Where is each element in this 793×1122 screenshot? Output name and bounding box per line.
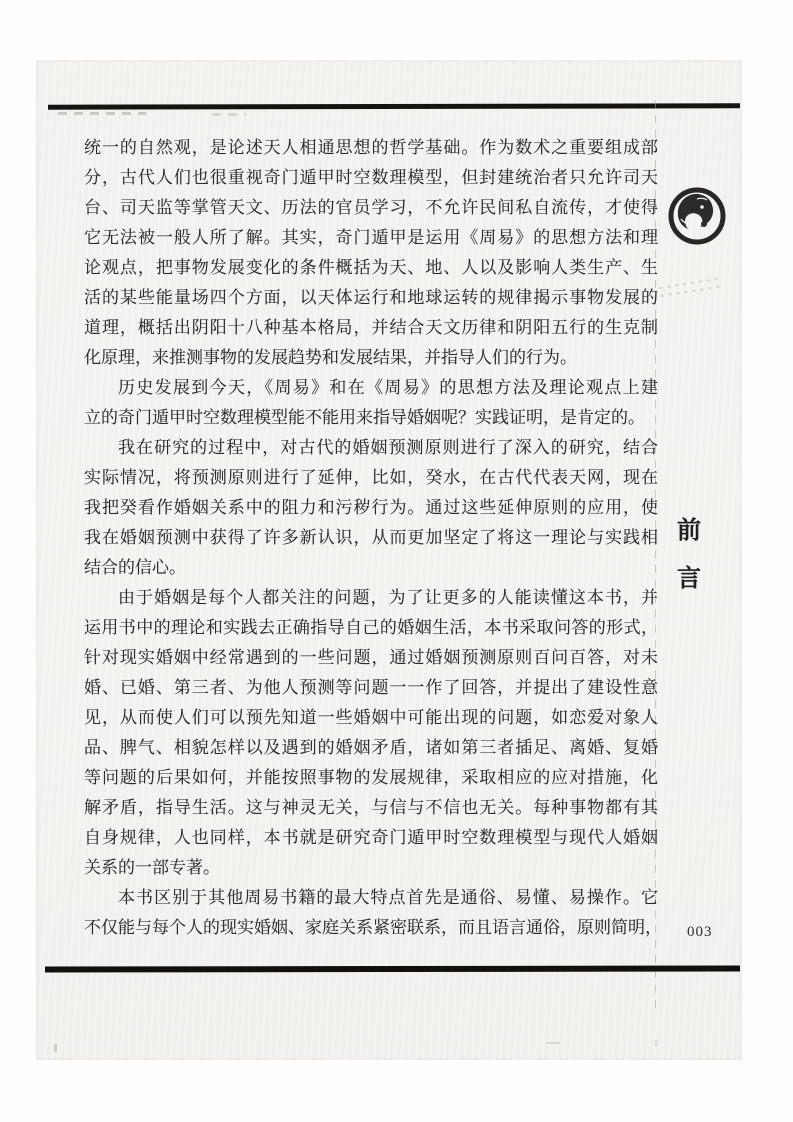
scanned-book-spread: 统一的自然观，是论述天人相通思想的哲学基础。作为数术之重要组成部分，古代人们也很… (0, 0, 793, 1122)
text-line: 我在研究的过程中，对古代的婚姻预测原则进行了深入的研究，结合 (84, 433, 658, 463)
scan-smudge (58, 112, 146, 115)
text-line: 化原理，来推测事物的发展趋势和发展结果，并指导人们的行为。 (84, 343, 658, 373)
text-line: 解矛盾，指导生活。这与神灵无关，与信与不信也无关。每种事物都有其 (84, 793, 658, 823)
text-line: 分，古代人们也很重视奇门遁甲时空数理模型，但封建统治者只允许司天 (84, 163, 658, 193)
text-line: 运用书中的理论和实践去正确指导自己的婚姻生活，本书采取问答的形式， (84, 613, 658, 643)
text-line: 见，从而使人们可以预先知道一些婚姻中可能出现的问题，如恋爱对象人 (84, 703, 658, 733)
publisher-seal-icon (667, 186, 727, 246)
text-line: 论观点，把事物发展变化的条件概括为天、地、人以及影响人类生产、生 (84, 253, 658, 283)
chapter-label-char: 前 (677, 519, 701, 543)
chapter-margin-label: 前 言 (674, 519, 704, 591)
text-line: 关系的一部专著。 (84, 853, 658, 883)
page-number: 003 (687, 924, 713, 941)
text-line: 立的奇门遁甲时空数理模型能不能用来指导婚姻呢？实践证明，是肯定的。 (84, 403, 658, 433)
chapter-label-char: 言 (677, 567, 701, 591)
text-line: 针对现实婚姻中经常遇到的一些问题，通过婚姻预测原则百问百答，对未 (84, 643, 658, 673)
text-line: 本书区别于其他周易书籍的最大特点首先是通俗、易懂、易操作。它 (84, 883, 658, 913)
text-line: 自身规律，人也同样，本书就是研究奇门遁甲时空数理模型与现代人婚姻 (84, 823, 658, 853)
text-line: 由于婚姻是每个人都关注的问题，为了让更多的人能读懂这本书，并 (84, 583, 658, 613)
text-line: 道理，概括出阴阳十八种基本格局，并结合天文历律和阴阳五行的生克制 (84, 313, 658, 343)
bottom-rule (45, 966, 740, 973)
text-line: 我把癸看作婚姻关系中的阻力和污秽行为。通过这些延伸原则的应用，使 (84, 493, 658, 523)
text-line: 台、司天监等掌管天文、历法的官员学习，不允许民间私自流传，才使得 (84, 193, 658, 223)
text-line: 历史发展到今天，《周易》和在《周易》的思想方法及理论观点上建 (84, 373, 658, 403)
text-line: 婚、已婚、第三者、为他人预测等问题一一作了回答，并提出了建设性意 (84, 673, 658, 703)
scan-smudge (212, 113, 246, 116)
text-line: 实际情况，将预测原则进行了延伸，比如，癸水，在古代代表天网，现在 (84, 463, 658, 493)
text-block: 统一的自然观，是论述天人相通思想的哲学基础。作为数术之重要组成部分，古代人们也很… (84, 133, 658, 943)
text-line: 结合的信心。 (84, 553, 658, 583)
text-line: 它无法被一般人所了解。其实，奇门遁甲是运用《周易》的思想方法和理 (84, 223, 658, 253)
text-line: 统一的自然观，是论述天人相通思想的哲学基础。作为数术之重要组成部 (84, 133, 658, 163)
scan-speck (546, 1042, 560, 1044)
text-line: 活的某些能量场四个方面，以天体运行和地球运转的规律揭示事物发展的 (84, 283, 658, 313)
scan-speck (54, 1044, 57, 1052)
text-line: 不仅能与每个人的现实婚姻、家庭关系紧密联系，而且语言通俗，原则简明， (84, 913, 658, 943)
text-line: 我在婚姻预测中获得了许多新认识，从而更加坚定了将这一理论与实践相 (84, 523, 658, 553)
text-line: 品、脾气、相貌怎样以及遇到的婚姻矛盾，诸如第三者插足、离婚、复婚 (84, 733, 658, 763)
text-line: 等问题的后果如何，并能按照事物的发展规律，采取相应的应对措施，化 (84, 763, 658, 793)
scan-speck (655, 1040, 657, 1046)
